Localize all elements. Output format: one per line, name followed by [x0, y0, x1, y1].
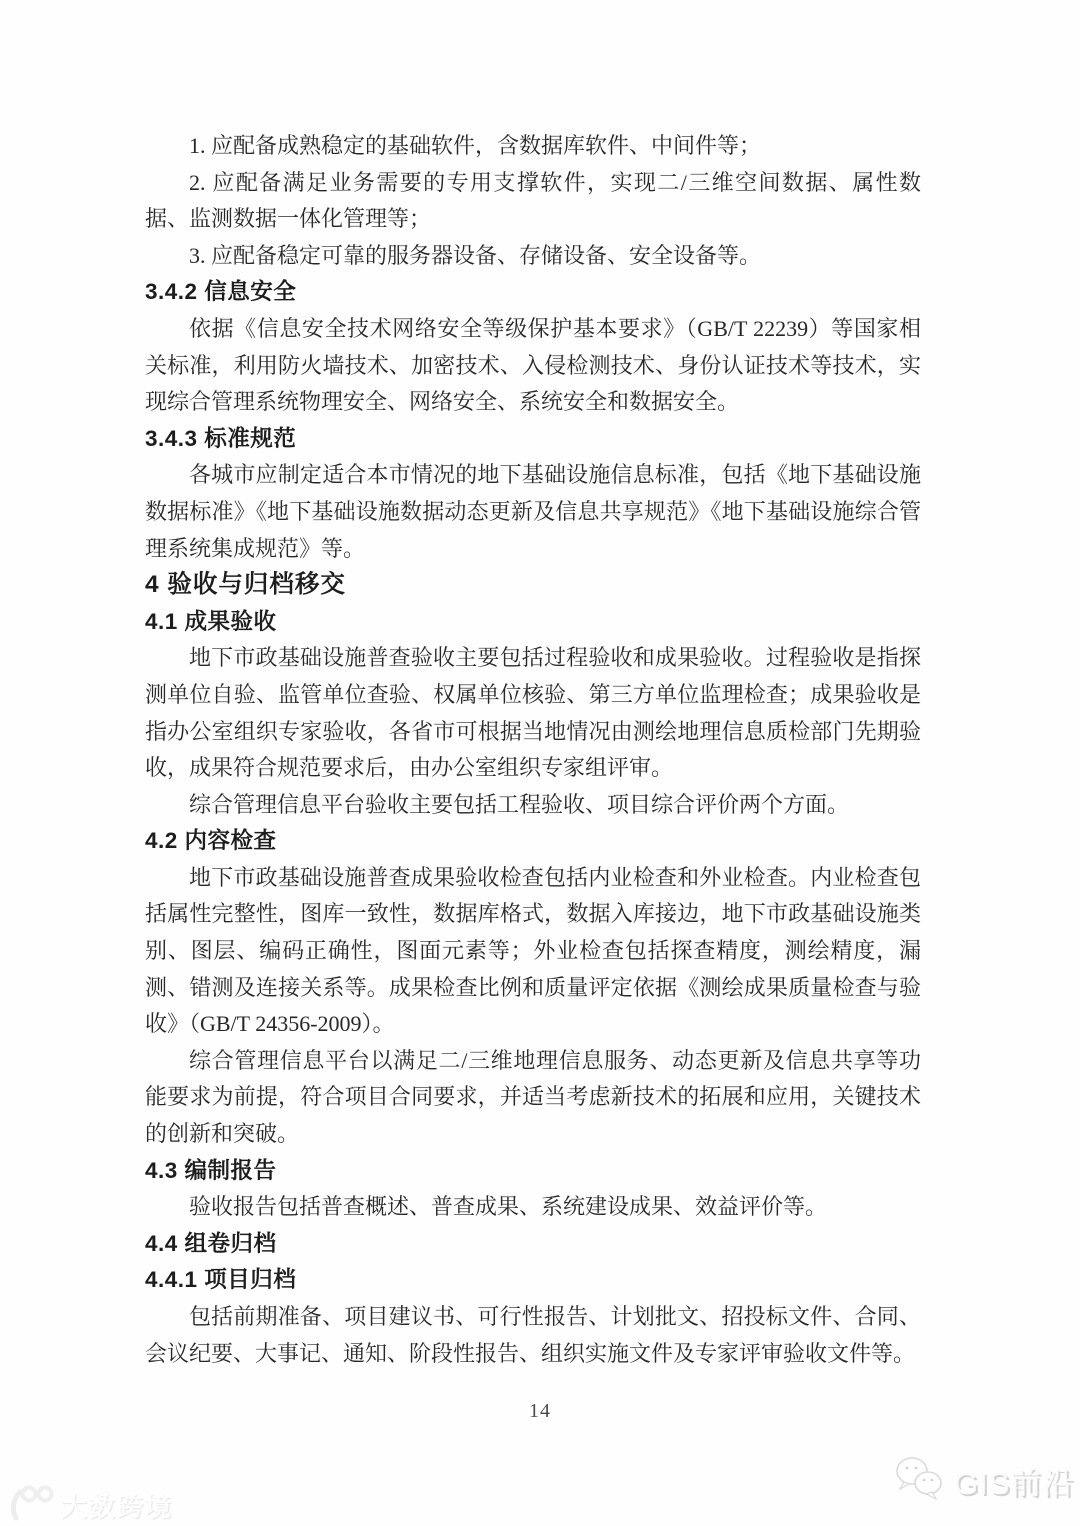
body-paragraph: 各城市应制定适合本市情况的地下基础设施信息标准，包括《地下基础设施数据标准》《地… — [145, 457, 921, 567]
section-heading-4-4: 4.4 组卷归档 — [145, 1226, 921, 1263]
body-paragraph: 验收报告包括普查概述、普查成果、系统建设成果、效益评价等。 — [145, 1189, 921, 1226]
section-heading-4-1: 4.1 成果验收 — [145, 604, 921, 641]
body-paragraph: 地下市政基础设施普查验收主要包括过程验收和成果验收。过程验收是指探测单位自验、监… — [145, 640, 921, 786]
watermark-left-label: 大数跨境 — [61, 1487, 173, 1524]
body-paragraph: 包括前期准备、项目建议书、可行性报告、计划批文、招投标文件、合同、会议纪要、大事… — [145, 1299, 921, 1372]
body-paragraph: 地下市政基础设施普查成果验收检查包括内业检查和外业检查。内业检查包括属性完整性，… — [145, 860, 921, 1043]
body-paragraph: 依据《信息安全技术网络安全等级保护基本要求》（GB/T 22239）等国家相关标… — [145, 311, 921, 421]
section-heading-4-3: 4.3 编制报告 — [145, 1153, 921, 1190]
big-data-100-logo-icon — [8, 1482, 54, 1526]
watermark-right: GIS前沿 — [893, 1455, 1074, 1506]
page: 1. 应配备成熟稳定的基础软件，含数据库软件、中间件等； 2. 应配备满足业务需… — [0, 0, 1080, 1526]
document-body: 1. 应配备成熟稳定的基础软件，含数据库软件、中间件等； 2. 应配备满足业务需… — [145, 128, 921, 1372]
body-paragraph: 综合管理信息平台验收主要包括工程验收、项目综合评价两个方面。 — [145, 787, 921, 824]
numbered-item-1: 1. 应配备成熟稳定的基础软件，含数据库软件、中间件等； — [145, 128, 921, 165]
section-heading-3-4-3: 3.4.3 标准规范 — [145, 421, 921, 458]
wechat-icon — [893, 1455, 945, 1506]
page-number: 14 — [0, 1400, 1080, 1423]
numbered-item-2: 2. 应配备满足业务需要的专用支撑软件，实现二/三维空间数据、属性数据、监测数据… — [145, 165, 921, 238]
numbered-item-3: 3. 应配备稳定可靠的服务器设备、存储设备、安全设备等。 — [145, 238, 921, 275]
body-paragraph: 综合管理信息平台以满足二/三维地理信息服务、动态更新及信息共享等功能要求为前提，… — [145, 1043, 921, 1153]
chapter-heading-4: 4 验收与归档移交 — [145, 567, 921, 604]
watermark-left: 大数跨境 — [8, 1482, 173, 1526]
section-heading-3-4-2: 3.4.2 信息安全 — [145, 274, 921, 311]
watermark-right-label: GIS前沿 — [954, 1458, 1074, 1503]
section-heading-4-4-1: 4.4.1 项目归档 — [145, 1262, 921, 1299]
section-heading-4-2: 4.2 内容检查 — [145, 823, 921, 860]
